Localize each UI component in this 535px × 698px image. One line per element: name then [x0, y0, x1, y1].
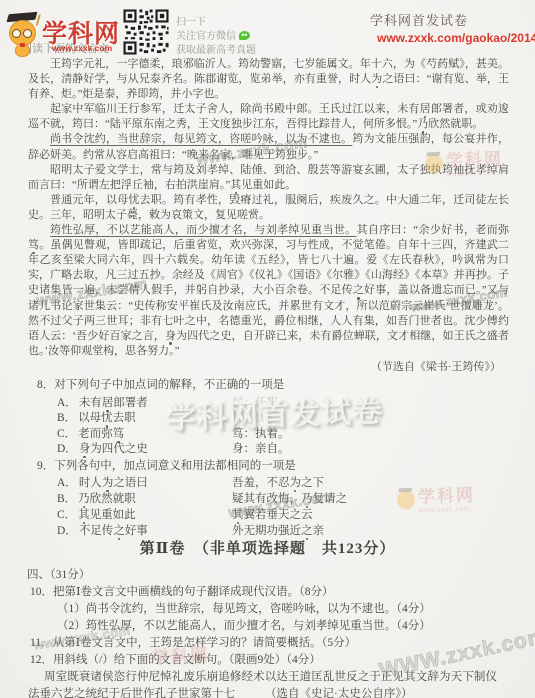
option-right: 笃：执着。	[232, 427, 535, 442]
option-row: C．其见重如此其翼若垂天之云	[0, 508, 535, 524]
option-row: B．以母忧去职忧：忧虑。	[0, 411, 535, 426]
option-row: A．时人为之语曰吾羞，不忍为之下	[0, 476, 535, 492]
qr-code	[122, 8, 170, 56]
question-11: 11．从第Ⅰ卷文言文中，王筠是怎样学习的？请简要概括。（5分）	[0, 635, 535, 652]
question-8-stem: 8．对下列句子中加点词的解释，不正确的一项是	[0, 377, 535, 393]
option-left: B．以母忧去职	[57, 411, 232, 426]
exam-page-scan: 阅读下面的文言文 学科网 www.zxxk.com	[0, 0, 535, 698]
passage-paragraph: 起家中军临川王行参军，迁太子舍人，除尚书殿中郎。王氏过江以来，未有居郎署者，或劝…	[28, 102, 509, 132]
option-row: B．乃欣然就职疑其有改悔，乃复请之	[0, 492, 535, 508]
page-header: 阅读下面的文言文 学科网 www.zxxk.com	[0, 0, 535, 56]
q8-options: A．未有居郎署者居：任职。B．以母忧去职忧：忧虑。C．老而弥笃笃：执着。D．身为…	[0, 396, 535, 458]
option-label: D．	[57, 443, 77, 455]
header-right: 学科网首发试卷 www.zxxk.com/gaokao/2014/	[370, 10, 535, 45]
option-left: C．老而弥笃	[57, 427, 232, 442]
part2-section: 第Ⅱ卷 （非单项选择题 共123分） 四、（31分） 10．把第Ⅰ卷文言文中画横…	[0, 538, 535, 698]
qr-caption-line3: 获取最新高考真题	[176, 41, 256, 56]
section-four-heading: 四、（31分）	[0, 567, 535, 584]
qr-caption-line1: 扫一下	[176, 13, 206, 28]
header-right-url: www.zxxk.com/gaokao/2014/	[377, 31, 535, 45]
question-12-passage: 周室既衰诸侯恣行仲尼悼礼废乐崩追修经术以达王道匡乱世反之于正见其文辞为天下制仪法…	[0, 669, 535, 698]
question-10: 10．把第Ⅰ卷文言文中画横线的句子翻译成现代汉语。（8分）	[0, 584, 535, 601]
question-9: 9．下列各句中，加点词意义和用法都相同的一项是 A．时人为之语曰吾羞，不忍为之下…	[0, 458, 535, 540]
option-left: A．时人为之语曰	[57, 476, 232, 492]
question-12-passage-text: 周室既衰诸侯恣行仲尼悼礼废乐崩追修经术以达王道匡乱世反之于正见其文辞为天下制仪法…	[28, 671, 497, 698]
option-left: A．未有居郎署者	[57, 396, 232, 411]
zxxk-logo: 学科网 www.zxxk.com	[2, 6, 120, 54]
option-right: 居：任职。	[232, 396, 535, 411]
wechat-icon	[239, 31, 250, 40]
passage-body: 王筠字元礼，一字德柔，琅邪临沂人。筠幼警寤，七岁能属文。年十六，为《芍药赋》，甚…	[28, 57, 509, 359]
part2-title: 第Ⅱ卷 （非单项选择题 共123分）	[0, 538, 535, 560]
passage-source: （节选自《梁书·王筠传》）	[28, 358, 501, 374]
option-left: D．身为四代之史	[57, 442, 232, 457]
option-right: 吾羞，不忍为之下	[232, 476, 535, 492]
mascot-bowtie	[20, 43, 25, 47]
question-12-source: （选自《史记·太史公自序》）	[265, 688, 413, 698]
option-left: B．乃欣然就职	[57, 492, 232, 508]
passage-paragraph: 筠性弘厚，不以艺能高人，而少擅才名，与刘孝绰见重当世。其自序曰：“余少好书，老而…	[28, 223, 509, 359]
passage-paragraph: 王筠字元礼，一字德柔，琅邪临沂人。筠幼警寤，七岁能属文。年十六，为《芍药赋》，甚…	[28, 57, 509, 102]
option-row: A．未有居郎署者居：任职。	[0, 396, 535, 411]
passage-paragraph: 普通元年，以母忧去职。筠有孝性，毁瘠过礼，服阕后，疾废久之。中大通二年，迁司徒左…	[28, 193, 509, 223]
header-right-title: 学科网首发试卷	[370, 10, 535, 29]
option-label: A．	[57, 477, 77, 489]
option-right: 疑其有改悔，乃复请之	[232, 492, 535, 508]
passage-paragraph: 尚书令沈约，当世辞宗，每见筠文，咨嗟吟咏，以为不逮也。筠为文能压强韵，每公宴并作…	[28, 132, 509, 162]
question-10-2: （2）筠性弘厚，不以艺能高人，而少擅才名，与刘孝绰见重当世。（4分）	[0, 618, 535, 635]
brand-url: www.zxxk.com	[52, 43, 112, 53]
option-right: 其翼若垂天之云	[232, 508, 535, 524]
option-right: 忧：忧虑。	[232, 411, 535, 426]
passage-paragraph: 昭明太子爱文学士，常与筠及刘孝绰、陆倕、到洽、殷芸等游宴玄圃，太子独执筠袖抚孝绰…	[28, 163, 509, 193]
option-label: B．	[57, 493, 76, 505]
question-10-1: （1）尚书令沈约，当世辞宗，每见筠文，咨嗟吟咏，以为不逮也。（4分）	[0, 601, 535, 618]
option-row: D．身为四代之史身：亲自。	[0, 442, 535, 457]
mascot-icon	[4, 12, 42, 58]
option-label: B．	[57, 412, 76, 424]
question-12: 12．用斜线（/）给下面的文言文断句。（限画9处）（4分）	[0, 652, 535, 669]
option-right: 身：亲自。	[232, 442, 535, 457]
question-8: 8．对下列句子中加点词的解释，不正确的一项是 A．未有居郎署者居：任职。B．以母…	[0, 377, 535, 458]
option-row: C．老而弥笃笃：执着。	[0, 427, 535, 442]
option-label: C．	[57, 428, 76, 440]
qr-caption-line2: 关注官方微信	[176, 27, 250, 42]
q9-options: A．时人为之语曰吾羞，不忍为之下B．乃欣然就职疑其有改悔，乃复请之C．其见重如此…	[0, 476, 535, 540]
option-label: D．	[57, 525, 77, 537]
option-label: C．	[57, 509, 76, 521]
option-left: C．其见重如此	[57, 508, 232, 524]
option-label: A．	[57, 397, 77, 409]
question-9-stem: 9．下列各句中，加点词意义和用法都相同的一项是	[0, 458, 535, 474]
